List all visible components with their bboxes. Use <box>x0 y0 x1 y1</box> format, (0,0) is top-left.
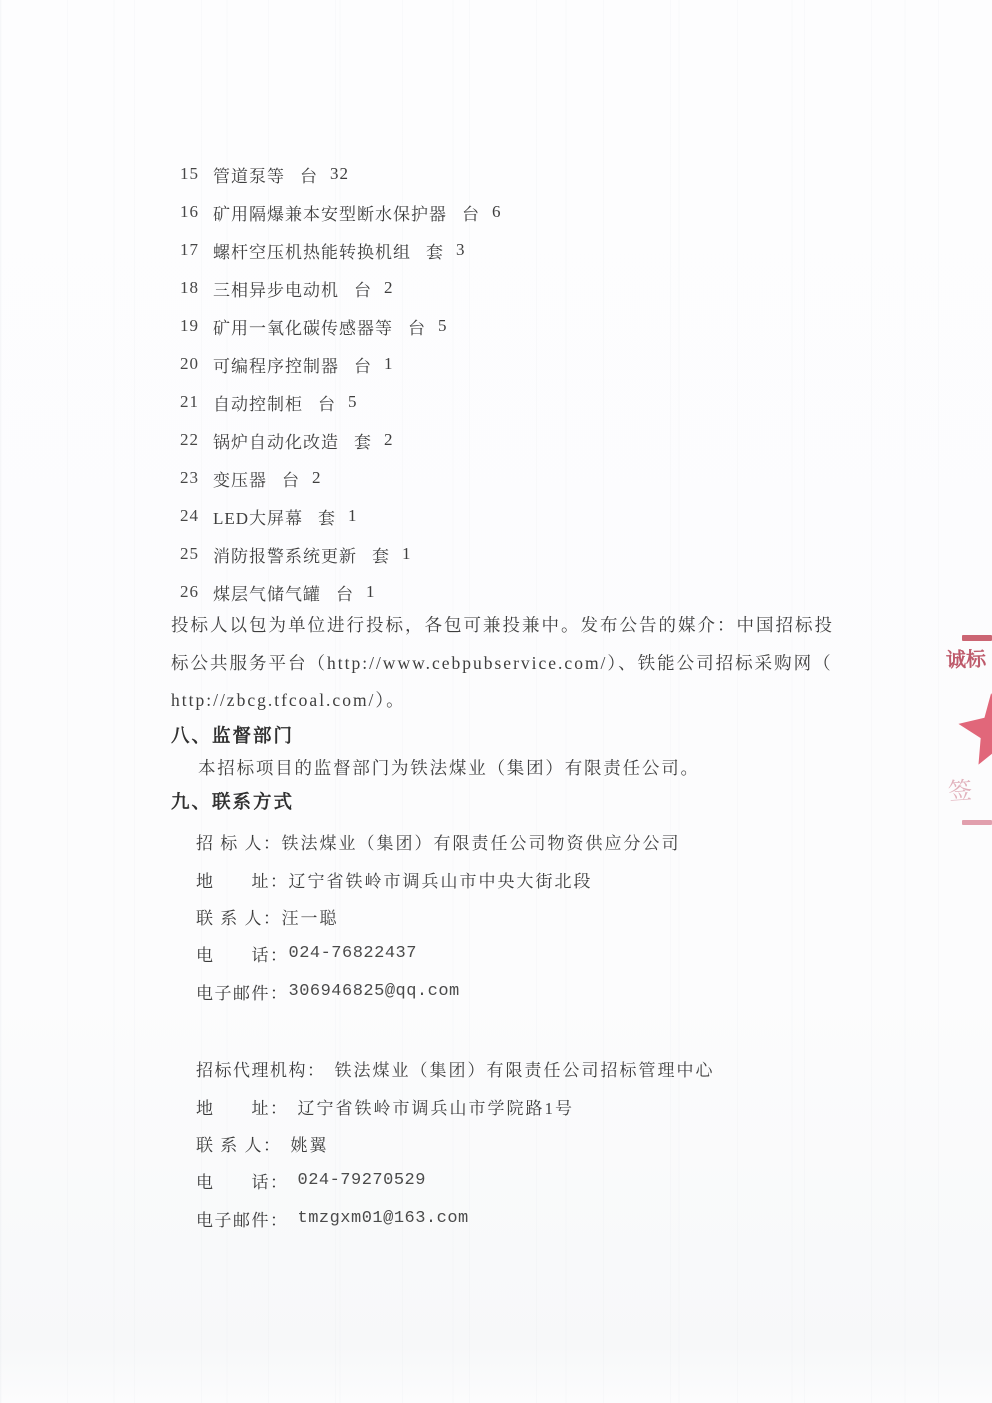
item-quantity: 5 <box>348 392 358 412</box>
item-quantity: 32 <box>330 164 349 184</box>
item-unit: 台 <box>318 390 335 415</box>
item-quantity: 2 <box>384 278 394 298</box>
item-number: 21 <box>180 392 204 412</box>
contact-row: 电子邮件：tmzgxm01@163.com <box>196 1200 876 1237</box>
item-number: 26 <box>180 582 204 602</box>
section-contact-heading: 九、联系方式 <box>171 788 294 814</box>
item-quantity: 1 <box>348 506 358 526</box>
contact-row: 电子邮件：306946825@qq.com <box>196 973 876 1010</box>
item-number: 15 <box>180 164 204 184</box>
document-page: 15 管道泵等 台 32 16 矿用隔爆兼本安型断水保护器 台 6 17 螺杆空… <box>0 0 992 1403</box>
equipment-list: 15 管道泵等 台 32 16 矿用隔爆兼本安型断水保护器 台 6 17 螺杆空… <box>180 155 880 611</box>
contact-value: 306946825@qq.com <box>289 982 460 1001</box>
item-name: 煤层气储气罐 <box>213 580 321 605</box>
contact-value: tmzgxm01@163.com <box>298 1209 469 1228</box>
item-quantity: 3 <box>456 240 466 260</box>
item-name: 可编程序控制器 <box>213 352 339 377</box>
seal-star-icon <box>954 690 992 766</box>
contact-row: 联 系 人：汪一聪 <box>196 898 876 935</box>
contact-label: 招标代理机构： <box>196 1056 326 1081</box>
item-name: LED大屏幕 <box>213 504 303 529</box>
seal-text: 诚标 <box>946 642 992 673</box>
contact-label: 联 系 人： <box>196 904 282 929</box>
item-name: 管道泵等 <box>213 162 285 187</box>
item-number: 19 <box>180 316 204 336</box>
equipment-list-item: 20 可编程序控制器 台 1 <box>180 345 880 383</box>
notice-line: 标公共服务平台（http://www.cebpubservice.com/）、铁… <box>171 644 861 682</box>
seal-bottom-border <box>962 820 992 825</box>
equipment-list-item: 18 三相异步电动机 台 2 <box>180 269 880 307</box>
contact-value: 024-76822437 <box>289 944 417 963</box>
contact-value: 铁法煤业（集团）有限责任公司招标管理中心 <box>335 1056 715 1081</box>
item-name: 消防报警系统更新 <box>213 542 357 567</box>
item-quantity: 1 <box>366 582 376 602</box>
item-name: 矿用隔爆兼本安型断水保护器 <box>213 200 447 225</box>
item-unit: 套 <box>354 428 371 453</box>
item-name: 锅炉自动化改造 <box>213 428 339 453</box>
item-number: 18 <box>180 278 204 298</box>
equipment-list-item: 22 锅炉自动化改造 套 2 <box>180 421 880 459</box>
section-supervision-heading: 八、监督部门 <box>171 722 294 748</box>
item-unit: 台 <box>282 466 299 491</box>
contact-value: 姚翼 <box>291 1131 329 1156</box>
notice-line: 投标人以包为单位进行投标，各包可兼投兼中。发布公告的媒介：中国招标投 <box>171 606 861 644</box>
contact-label: 地 址： <box>196 867 289 892</box>
seal-faint-text: 签 <box>947 768 992 807</box>
item-quantity: 1 <box>402 544 412 564</box>
contact-label: 地 址： <box>196 1094 289 1119</box>
equipment-list-item: 24 LED大屏幕 套 1 <box>180 497 880 535</box>
item-number: 23 <box>180 468 204 488</box>
tenderer-contact-block: 招 标 人：铁法煤业（集团）有限责任公司物资供应分公司 地 址：辽宁省铁岭市调兵… <box>196 823 876 1010</box>
item-name: 矿用一氧化碳传感器等 <box>213 314 393 339</box>
item-quantity: 2 <box>312 468 322 488</box>
contact-label: 电子邮件： <box>196 979 289 1004</box>
contact-row: 联 系 人：姚翼 <box>196 1125 876 1162</box>
contact-row: 电 话：024-79270529 <box>196 1162 876 1199</box>
contact-row: 招标代理机构：铁法煤业（集团）有限责任公司招标管理中心 <box>196 1050 876 1087</box>
contact-value: 辽宁省铁岭市调兵山市学院路1号 <box>298 1094 575 1119</box>
contact-label: 电 话： <box>196 1168 289 1193</box>
item-quantity: 1 <box>384 354 394 374</box>
agency-contact-block: 招标代理机构：铁法煤业（集团）有限责任公司招标管理中心 地 址：辽宁省铁岭市调兵… <box>196 1050 876 1237</box>
item-unit: 台 <box>354 276 371 301</box>
seal-top-border <box>962 635 992 641</box>
item-name: 自动控制柜 <box>213 390 303 415</box>
item-quantity: 6 <box>492 202 502 222</box>
notice-line: http://zbcg.tfcoal.com/）。 <box>171 681 861 719</box>
equipment-list-item: 15 管道泵等 台 32 <box>180 155 880 193</box>
notice-paragraph: 投标人以包为单位进行投标，各包可兼投兼中。发布公告的媒介：中国招标投 标公共服务… <box>171 606 861 719</box>
equipment-list-item: 25 消防报警系统更新 套 1 <box>180 535 880 573</box>
equipment-list-item: 19 矿用一氧化碳传感器等 台 5 <box>180 307 880 345</box>
contact-row: 地 址：辽宁省铁岭市调兵山市中央大街北段 <box>196 860 876 897</box>
equipment-list-item: 21 自动控制柜 台 5 <box>180 383 880 421</box>
item-name: 螺杆空压机热能转换机组 <box>213 238 411 263</box>
contact-value: 汪一聪 <box>282 904 339 929</box>
contact-label: 电 话： <box>196 941 289 966</box>
contact-row: 电 话：024-76822437 <box>196 935 876 972</box>
contact-value: 辽宁省铁岭市调兵山市中央大街北段 <box>289 867 593 892</box>
item-unit: 台 <box>336 580 353 605</box>
contact-value: 024-79270529 <box>298 1171 426 1190</box>
equipment-list-item: 23 变压器 台 2 <box>180 459 880 497</box>
item-number: 20 <box>180 354 204 374</box>
item-name: 三相异步电动机 <box>213 276 339 301</box>
item-unit: 套 <box>318 504 335 529</box>
equipment-list-item: 16 矿用隔爆兼本安型断水保护器 台 6 <box>180 193 880 231</box>
red-seal: 诚标 签 <box>948 630 992 832</box>
item-unit: 套 <box>426 238 443 263</box>
contact-label: 联 系 人： <box>196 1131 282 1156</box>
item-number: 25 <box>180 544 204 564</box>
item-number: 24 <box>180 506 204 526</box>
item-unit: 台 <box>408 314 425 339</box>
item-name: 变压器 <box>213 466 267 491</box>
item-quantity: 2 <box>384 430 394 450</box>
item-number: 17 <box>180 240 204 260</box>
item-quantity: 5 <box>438 316 448 336</box>
item-unit: 台 <box>300 162 317 187</box>
item-unit: 台 <box>354 352 371 377</box>
item-number: 16 <box>180 202 204 222</box>
contact-label: 电子邮件： <box>196 1206 289 1231</box>
item-unit: 套 <box>372 542 389 567</box>
contact-row: 招 标 人：铁法煤业（集团）有限责任公司物资供应分公司 <box>196 823 876 860</box>
contact-row: 地 址：辽宁省铁岭市调兵山市学院路1号 <box>196 1087 876 1124</box>
contact-label: 招 标 人： <box>196 829 282 854</box>
contact-value: 铁法煤业（集团）有限责任公司物资供应分公司 <box>282 829 681 854</box>
item-unit: 台 <box>462 200 479 225</box>
item-number: 22 <box>180 430 204 450</box>
equipment-list-item: 17 螺杆空压机热能转换机组 套 3 <box>180 231 880 269</box>
section-supervision-body: 本招标项目的监督部门为铁法煤业（集团）有限责任公司。 <box>198 755 700 780</box>
